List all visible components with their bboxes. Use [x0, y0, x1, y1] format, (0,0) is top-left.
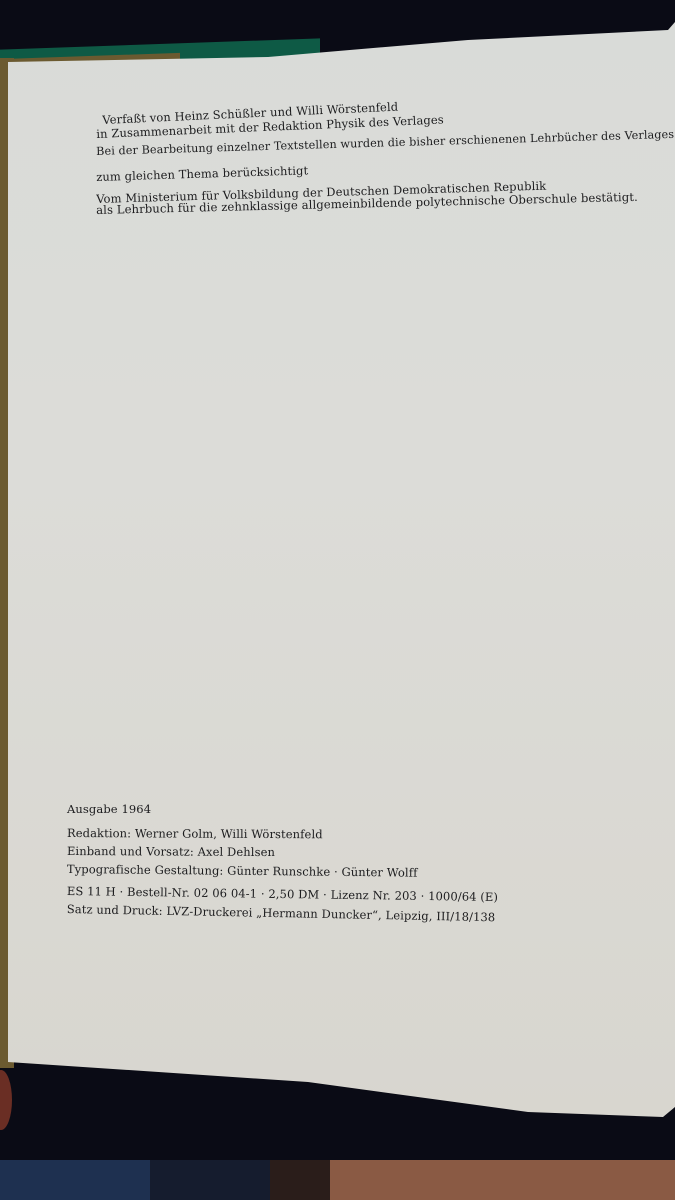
- photo-scene: Verfaßt von Heinz Schüßler und Willi Wör…: [0, 0, 675, 1200]
- background-surface: [0, 1160, 675, 1200]
- finger-edge: [0, 1070, 12, 1130]
- editors-line: Redaktion: Werner Golm, Willi Wörstenfel…: [67, 826, 323, 841]
- cover-design-line: Einband und Vorsatz: Axel Dehlsen: [67, 844, 275, 859]
- edition-line: Ausgabe 1964: [67, 802, 151, 816]
